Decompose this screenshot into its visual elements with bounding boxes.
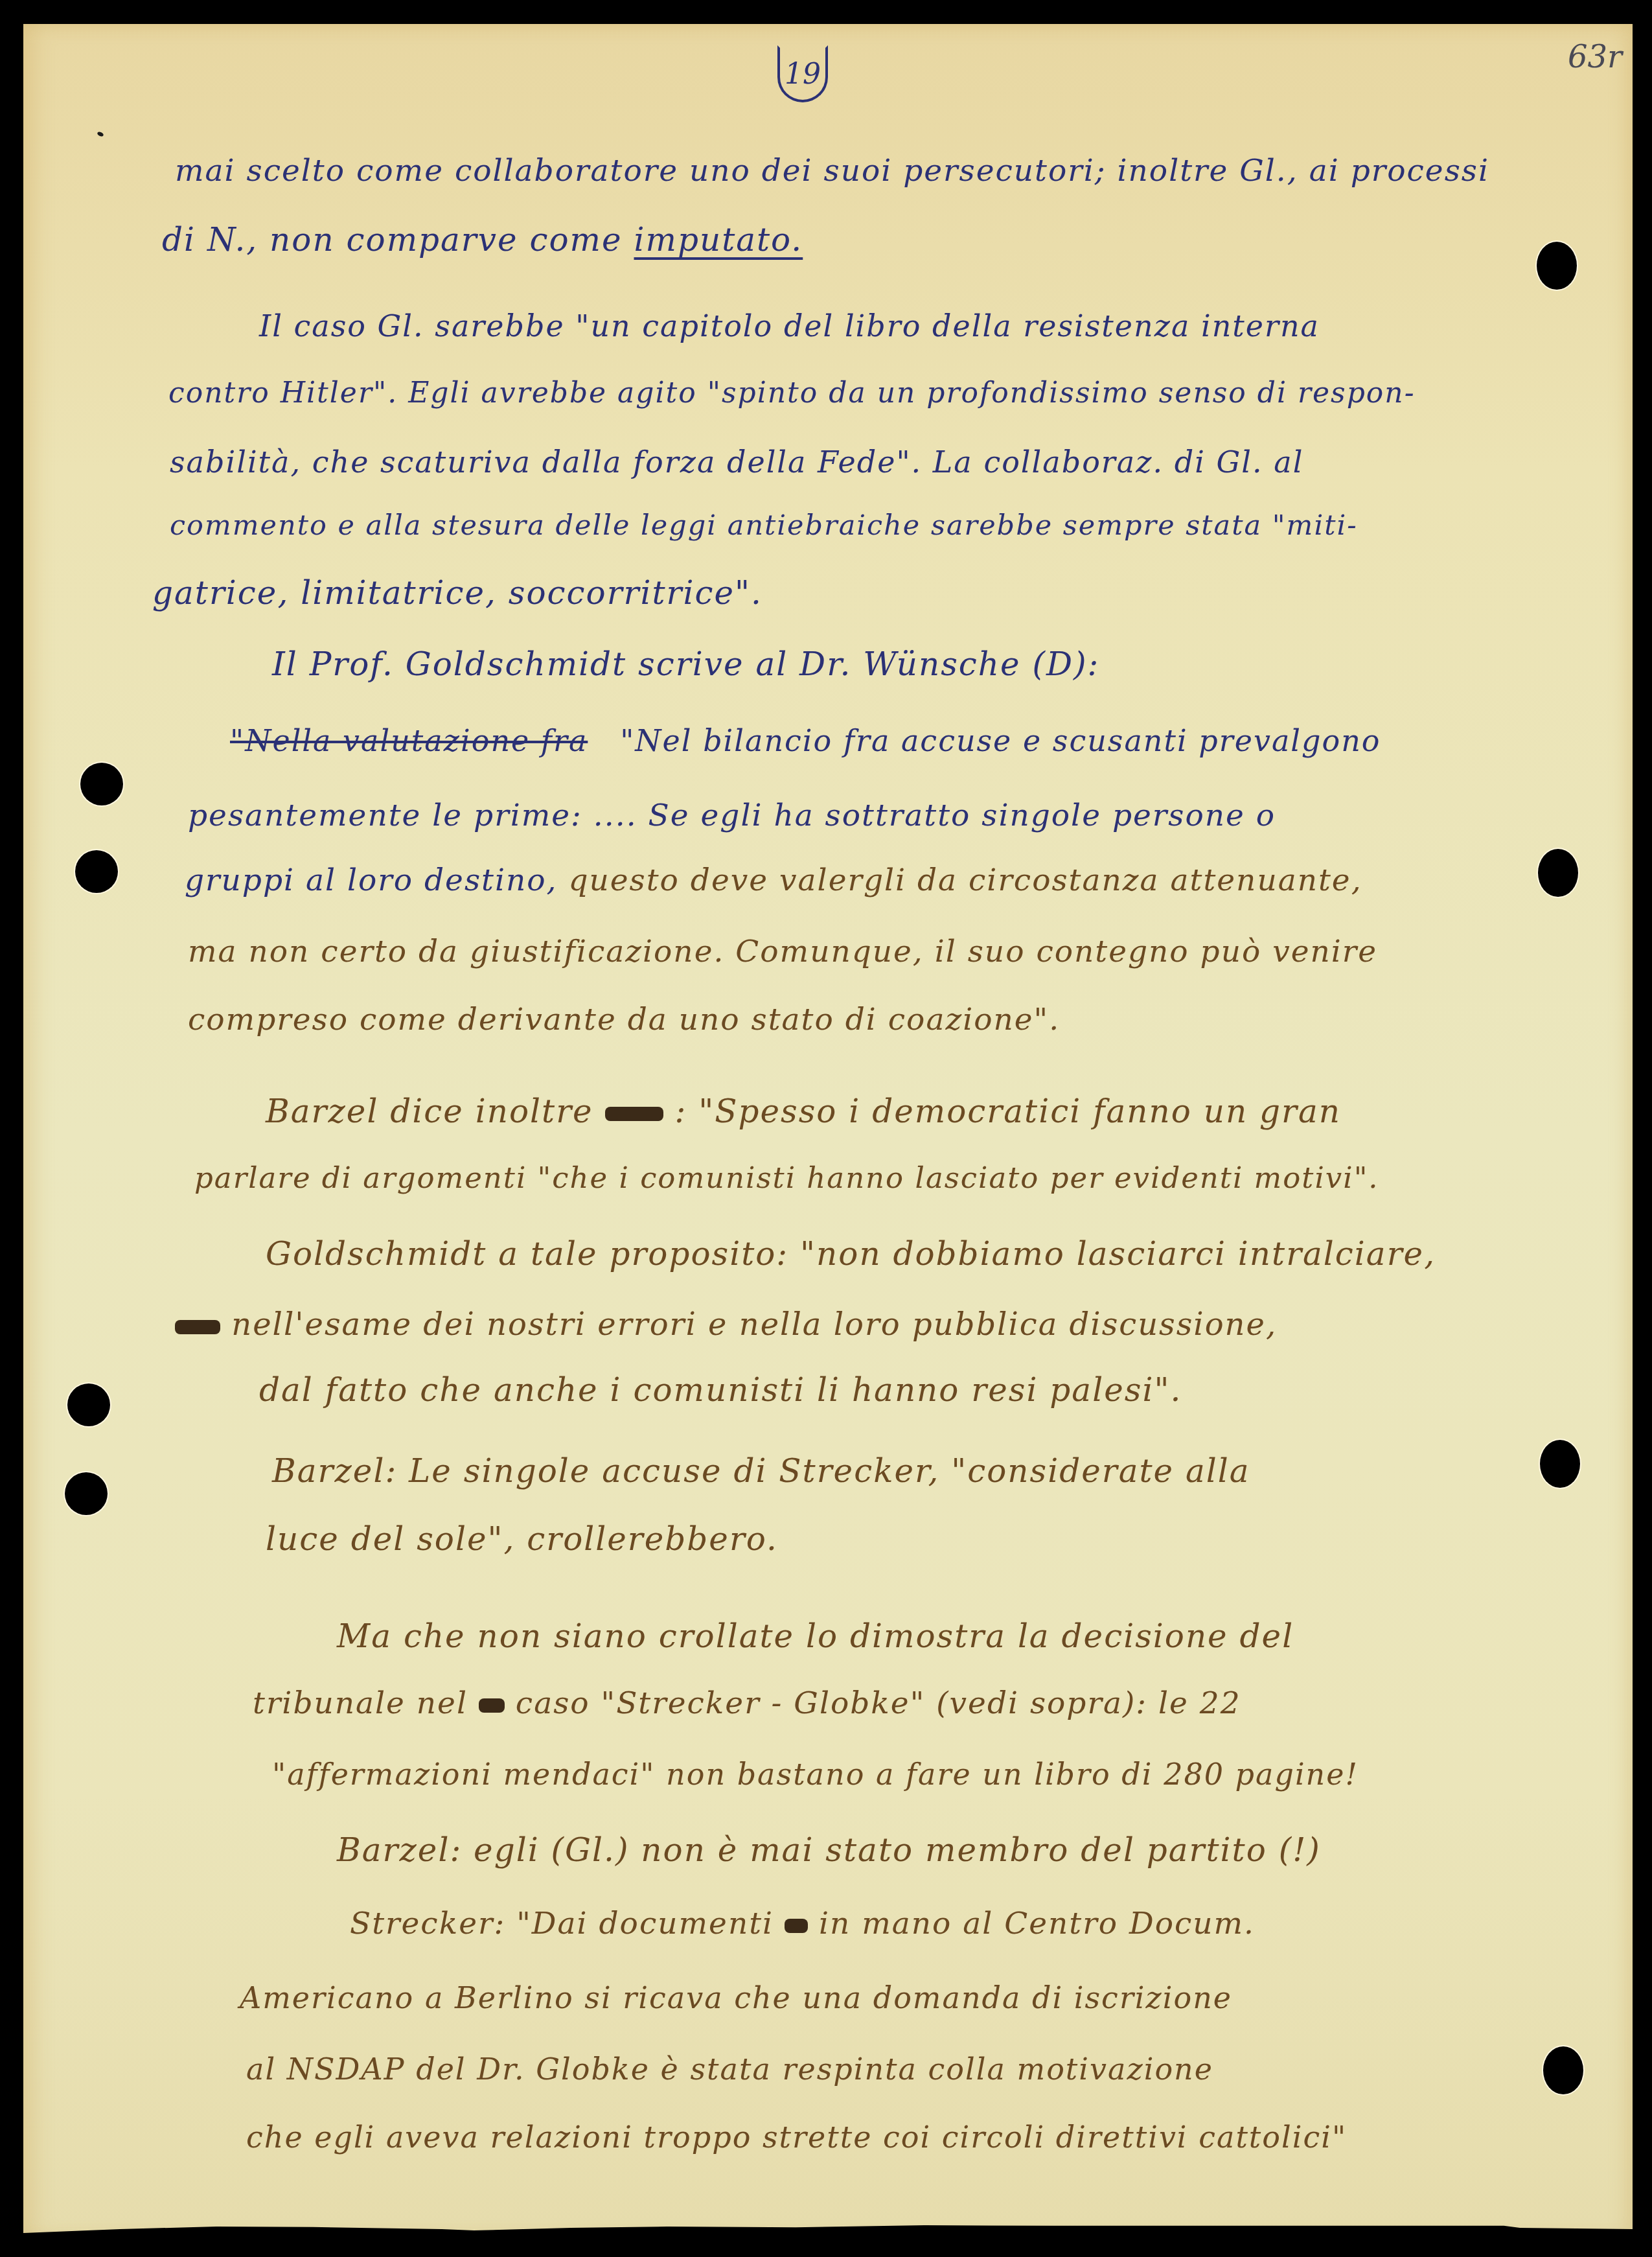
- text-line: "affermazioni mendaci" non bastano a far…: [272, 1759, 1359, 1789]
- text-line: gatrice, limitatrice, soccorritrice".: [152, 577, 763, 609]
- struck-out-text: "Nella valutazione fra: [230, 723, 588, 758]
- underlined-word: imputato.: [634, 221, 803, 259]
- scribbled-out-word: [175, 1320, 220, 1334]
- text-line: al NSDAP del Dr. Globke è stata respinta…: [246, 2054, 1213, 2084]
- punch-hole-right-3: [1540, 1440, 1580, 1488]
- text-line: Americano a Berlino si ricava che una do…: [240, 1983, 1232, 2013]
- text-line: Il Prof. Goldschmidt scrive al Dr. Wünsc…: [272, 648, 1099, 680]
- punch-hole-left-4: [65, 1472, 108, 1515]
- punch-hole-left-3: [67, 1383, 110, 1426]
- punch-hole-right-4: [1543, 2046, 1583, 2094]
- text-line: parlare di argomenti "che i comunisti ha…: [194, 1163, 1379, 1192]
- punch-hole-right-2: [1538, 849, 1578, 897]
- folio-number: 63r: [1568, 39, 1622, 75]
- text-line: Goldschmidt a tale proposito: "non dobbi…: [266, 1238, 1436, 1270]
- text-line: di N., non comparve come imputato.: [162, 224, 803, 256]
- punch-hole-left-1: [80, 763, 123, 805]
- text-line: Ma che non siano crollate lo dimostra la…: [337, 1620, 1294, 1652]
- torn-bottom-edge: [23, 2215, 1633, 2241]
- punch-hole-left-2: [75, 850, 118, 893]
- text-line: "Nella valutazione fra "Nel bilancio fra…: [230, 726, 1381, 756]
- text-line: contro Hitler". Egli avrebbe agito "spin…: [168, 379, 1416, 408]
- text-line: ma non certo da giustificazione. Comunqu…: [188, 936, 1377, 967]
- text-line: dal fatto che anche i comunisti li hanno…: [259, 1374, 1182, 1406]
- text-line: compreso come derivante da uno stato di …: [188, 1004, 1060, 1035]
- scribbled-out-word: [605, 1107, 663, 1121]
- text-line: Strecker: "Dai documenti in mano al Cent…: [350, 1908, 1255, 1939]
- punch-hole-right-1: [1537, 242, 1577, 290]
- text-line: gruppi al loro destino, questo deve vale…: [185, 865, 1362, 896]
- text-line: commento e alla stesura delle leggi anti…: [170, 512, 1358, 540]
- circled-page-number: 19: [777, 45, 828, 102]
- text-line: che egli aveva relazioni troppo strette …: [246, 2122, 1347, 2152]
- text-line: tribunale nel caso "Strecker - Globke" (…: [253, 1688, 1241, 1719]
- text-line: luce del sole", crollerebbero.: [266, 1523, 778, 1555]
- text-line: Barzel dice inoltre : "Spesso i democrat…: [266, 1095, 1341, 1128]
- text-line: sabilità, che scaturiva dalla forza dell…: [170, 447, 1303, 477]
- scribbled-out-word: [785, 1919, 808, 1933]
- text-line: Il caso Gl. sarebbe "un capitolo del lib…: [259, 311, 1320, 341]
- scribbled-out-word: [479, 1698, 505, 1713]
- text-line: Barzel: Le singole accuse di Strecker, "…: [272, 1455, 1250, 1487]
- text-line: nell'esame dei nostri errori e nella lor…: [175, 1309, 1277, 1340]
- text-line: Barzel: egli (Gl.) non è mai stato membr…: [337, 1834, 1321, 1866]
- text-line: mai scelto come collaboratore uno dei su…: [175, 156, 1489, 186]
- text-line: pesantemente le prime: .... Se egli ha s…: [188, 800, 1276, 831]
